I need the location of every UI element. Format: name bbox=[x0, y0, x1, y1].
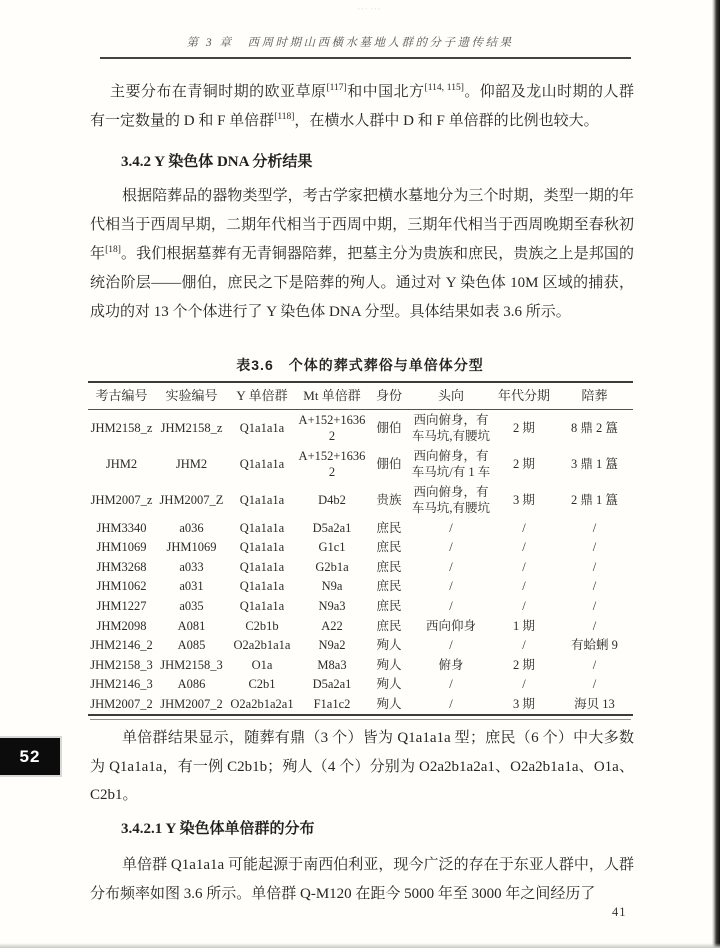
section-heading-3421: 3.4.2.1 Y 染色体单倍群的分布 bbox=[121, 817, 314, 838]
table-cell: JHM2007_z bbox=[88, 482, 155, 518]
table-cell: D5a2a1 bbox=[296, 518, 368, 538]
table-row: JHM2007_2JHM2007_2O2a2b1a2a1F1a1c2殉人/3 期… bbox=[88, 694, 633, 714]
table-header: 考古编号实验编号Y 单倍群Mt 单倍群身份头向年代分期陪葬 bbox=[88, 383, 633, 410]
table-row: JHM1069JHM1069Q1a1a1aG1c1庶民/// bbox=[88, 538, 633, 558]
table-cell: / bbox=[556, 655, 633, 675]
table-cell: O1a bbox=[228, 655, 296, 675]
paragraph-haplogroup-distribution: 主要分布在青铜时期的欧亚草原[117]和中国北方[114, 115]。仰韶及龙山… bbox=[90, 78, 634, 136]
table-row: JHM3268a033Q1a1a1aG2b1a庶民/// bbox=[88, 557, 633, 577]
table-cell: 倗伯 bbox=[368, 446, 410, 482]
table-cell: / bbox=[410, 577, 492, 597]
table-header-cell: 头向 bbox=[410, 383, 492, 410]
table-cell: 庶民 bbox=[368, 518, 410, 538]
table-row: JHM2146_2A085O2a2b1a1aN9a2殉人//有蛤蜊 9 bbox=[88, 636, 633, 656]
table-cell: D4b2 bbox=[296, 482, 368, 518]
paragraph-text: 和中国北方 bbox=[347, 84, 425, 100]
table-cell: 西向俯身，有车马坑/有 1 车 bbox=[410, 446, 492, 482]
table-cell: 3 期 bbox=[492, 482, 556, 518]
table-caption: 表3.6 个体的葬式葬俗与单倍体分型 bbox=[0, 355, 720, 375]
table-cell: / bbox=[492, 596, 556, 616]
table-cell: / bbox=[556, 675, 633, 695]
table-cell: / bbox=[492, 538, 556, 558]
table-cell: Q1a1a1a bbox=[228, 518, 296, 538]
table-cell: / bbox=[556, 518, 633, 538]
citation-superscript: [18] bbox=[105, 245, 121, 255]
table-header-cell: 实验编号 bbox=[155, 383, 228, 410]
paragraph-cemetery-periods: 根据陪葬品的器物类型学，考古学家把横水墓地分为三个时期，类型一期的年代相当于西周… bbox=[90, 182, 634, 327]
table-cell: 2 期 bbox=[492, 655, 556, 675]
table-cell: O2a2b1a1a bbox=[228, 636, 296, 656]
table-cell: 殉人 bbox=[368, 675, 410, 695]
table-cell: 庶民 bbox=[368, 577, 410, 597]
table-cell: O2a2b1a2a1 bbox=[228, 694, 296, 714]
table-cell: 3 期 bbox=[492, 694, 556, 714]
table-cell: 俯身 bbox=[410, 655, 492, 675]
table-cell: JHM2158_z bbox=[88, 410, 155, 447]
table-row: JHM2JHM2Q1a1a1aA+152+16362倗伯西向俯身，有车马坑/有 … bbox=[88, 446, 633, 482]
header-rule-divider bbox=[100, 57, 631, 59]
table-cell: / bbox=[556, 557, 633, 577]
table-header-row: 考古编号实验编号Y 单倍群Mt 单倍群身份头向年代分期陪葬 bbox=[88, 383, 633, 410]
table-cell: JHM1069 bbox=[155, 538, 228, 558]
table-body: JHM2158_zJHM2158_zQ1a1a1aA+152+16362倗伯西向… bbox=[88, 410, 633, 714]
table-header-cell: 年代分期 bbox=[492, 383, 556, 410]
table-cell: 有蛤蜊 9 bbox=[556, 636, 633, 656]
table-cell: F1a1c2 bbox=[296, 694, 368, 714]
table-cell: A086 bbox=[155, 675, 228, 695]
table-cell: A22 bbox=[296, 616, 368, 636]
table-row: JHM1062a031Q1a1a1aN9a庶民/// bbox=[88, 577, 633, 597]
page-badge-overlay: 52 bbox=[0, 736, 62, 777]
table-cell: JHM1227 bbox=[88, 596, 155, 616]
table-cell: 2 期 bbox=[492, 410, 556, 447]
table-cell: 2 鼎 1 簋 bbox=[556, 482, 633, 518]
table-row: JHM2158_zJHM2158_zQ1a1a1aA+152+16362倗伯西向… bbox=[88, 410, 633, 447]
table-cell: 殉人 bbox=[368, 636, 410, 656]
table-header-cell: 陪葬 bbox=[556, 383, 633, 410]
paragraph-text: ，在横水人群中 D 和 F 单倍群的比例也较大。 bbox=[294, 113, 598, 129]
table-cell: 殉人 bbox=[368, 655, 410, 675]
table-cell: M8a3 bbox=[296, 655, 368, 675]
table-cell: 西向俯身，有车马坑,有腰坑 bbox=[410, 410, 492, 447]
table-cell: 庶民 bbox=[368, 538, 410, 558]
table-cell: / bbox=[410, 518, 492, 538]
table-cell: a033 bbox=[155, 557, 228, 577]
citation-superscript: [118] bbox=[274, 112, 294, 122]
table-cell: 1 期 bbox=[492, 616, 556, 636]
table-cell: JHM2007_2 bbox=[88, 694, 155, 714]
paragraph-haplogroup-results: 单倍群结果显示，随葬有鼎（3 个）皆为 Q1a1a1a 型；庶民（6 个）中大多… bbox=[90, 724, 634, 810]
scan-artifact-mark: ⋯⋯ bbox=[340, 2, 400, 15]
table-cell: / bbox=[556, 616, 633, 636]
table-cell: JHM1069 bbox=[88, 538, 155, 558]
table-cell: JHM2007_2 bbox=[155, 694, 228, 714]
table-cell: G2b1a bbox=[296, 557, 368, 577]
table-cell: / bbox=[492, 557, 556, 577]
table-cell: / bbox=[410, 694, 492, 714]
citation-superscript: [114, 115] bbox=[425, 83, 464, 93]
paragraph-q1a1a1a-origin: 单倍群 Q1a1a1a 可能起源于南西伯利亚，现今广泛的存在于东亚人群中，人群分… bbox=[90, 851, 634, 909]
table-cell: a036 bbox=[155, 518, 228, 538]
table-cell: / bbox=[410, 538, 492, 558]
scan-edge-bottom bbox=[0, 943, 720, 948]
table-cell: 2 期 bbox=[492, 446, 556, 482]
table-cell: A081 bbox=[155, 616, 228, 636]
table-cell: JHM2158_3 bbox=[155, 655, 228, 675]
section-heading-342: 3.4.2 Y 染色体 DNA 分析结果 bbox=[121, 150, 312, 171]
table-cell: JHM2 bbox=[88, 446, 155, 482]
table-cell: Q1a1a1a bbox=[228, 596, 296, 616]
paragraph-text: 主要分布在青铜时期的欧亚草原 bbox=[110, 84, 327, 100]
table-cell: Q1a1a1a bbox=[228, 482, 296, 518]
table-cell: Q1a1a1a bbox=[228, 538, 296, 558]
table-header-cell: 考古编号 bbox=[88, 383, 155, 410]
table-cell: JHM3268 bbox=[88, 557, 155, 577]
table-cell: 西向俯身，有车马坑,有腰坑 bbox=[410, 482, 492, 518]
table-cell: C2b1 bbox=[228, 675, 296, 695]
table-cell: 庶民 bbox=[368, 557, 410, 577]
table-cell: JHM2007_Z bbox=[155, 482, 228, 518]
table-row: JHM2158_3JHM2158_3O1aM8a3殉人俯身2 期/ bbox=[88, 655, 633, 675]
paragraph-text: 。我们根据墓葬有无青铜器陪葬，把墓主分为贵族和庶民，贵族之上是邦国的统治阶层——… bbox=[90, 246, 634, 320]
table-header-cell: 身份 bbox=[368, 383, 410, 410]
table-cell: a031 bbox=[155, 577, 228, 597]
table-cell: / bbox=[492, 675, 556, 695]
table-row: JHM2098A081C2b1bA22庶民西向仰身1 期/ bbox=[88, 616, 633, 636]
chapter-running-header: 第 3 章 西周时期山西横水墓地人群的分子遗传结果 bbox=[0, 34, 700, 50]
table-cell: / bbox=[410, 596, 492, 616]
table-cell: N9a3 bbox=[296, 596, 368, 616]
table-cell: 贵族 bbox=[368, 482, 410, 518]
table-cell: D5a2a1 bbox=[296, 675, 368, 695]
table-cell: N9a bbox=[296, 577, 368, 597]
table-cell: 庶民 bbox=[368, 596, 410, 616]
table-row: JHM2007_zJHM2007_ZQ1a1a1aD4b2贵族西向俯身，有车马坑… bbox=[88, 482, 633, 518]
table-cell: JHM2146_3 bbox=[88, 675, 155, 695]
table-cell: / bbox=[492, 577, 556, 597]
table-cell: JHM2098 bbox=[88, 616, 155, 636]
table-cell: Q1a1a1a bbox=[228, 410, 296, 447]
table-cell: G1c1 bbox=[296, 538, 368, 558]
table-cell: Q1a1a1a bbox=[228, 446, 296, 482]
table-cell: Q1a1a1a bbox=[228, 557, 296, 577]
table-cell: 殉人 bbox=[368, 694, 410, 714]
table-cell: / bbox=[492, 518, 556, 538]
table-cell: / bbox=[556, 596, 633, 616]
table-cell: / bbox=[410, 675, 492, 695]
haplogroup-table-container: 考古编号实验编号Y 单倍群Mt 单倍群身份头向年代分期陪葬 JHM2158_zJ… bbox=[88, 381, 633, 716]
table-cell: a035 bbox=[155, 596, 228, 616]
table-cell: JHM1062 bbox=[88, 577, 155, 597]
table-cell: JHM2 bbox=[155, 446, 228, 482]
table-cell: JHM2158_3 bbox=[88, 655, 155, 675]
table-cell: A+152+16362 bbox=[296, 410, 368, 447]
table-cell: 3 鼎 1 簋 bbox=[556, 446, 633, 482]
table-cell: 海贝 13 bbox=[556, 694, 633, 714]
table-cell: N9a2 bbox=[296, 636, 368, 656]
table-cell: 8 鼎 2 簋 bbox=[556, 410, 633, 447]
scan-edge-right bbox=[712, 0, 720, 948]
table-cell: A+152+16362 bbox=[296, 446, 368, 482]
table-cell: JHM2146_2 bbox=[88, 636, 155, 656]
page-number: 41 bbox=[612, 905, 627, 920]
haplogroup-table: 考古编号实验编号Y 单倍群Mt 单倍群身份头向年代分期陪葬 JHM2158_zJ… bbox=[88, 383, 633, 714]
table-cell: 西向仰身 bbox=[410, 616, 492, 636]
table-cell: Q1a1a1a bbox=[228, 577, 296, 597]
table-cell: 倗伯 bbox=[368, 410, 410, 447]
table-header-cell: Y 单倍群 bbox=[228, 383, 296, 410]
citation-superscript: [117] bbox=[327, 83, 347, 93]
table-cell: 庶民 bbox=[368, 616, 410, 636]
table-row: JHM2146_3A086C2b1D5a2a1殉人/// bbox=[88, 675, 633, 695]
table-cell: C2b1b bbox=[228, 616, 296, 636]
table-cell: / bbox=[492, 636, 556, 656]
table-cell: / bbox=[556, 577, 633, 597]
table-cell: A085 bbox=[155, 636, 228, 656]
table-row: JHM1227a035Q1a1a1aN9a3庶民/// bbox=[88, 596, 633, 616]
table-row: JHM3340a036Q1a1a1aD5a2a1庶民/// bbox=[88, 518, 633, 538]
table-header-cell: Mt 单倍群 bbox=[296, 383, 368, 410]
table-cell: JHM2158_z bbox=[155, 410, 228, 447]
table-cell: / bbox=[556, 538, 633, 558]
table-cell: / bbox=[410, 557, 492, 577]
table-cell: JHM3340 bbox=[88, 518, 155, 538]
table-cell: / bbox=[410, 636, 492, 656]
